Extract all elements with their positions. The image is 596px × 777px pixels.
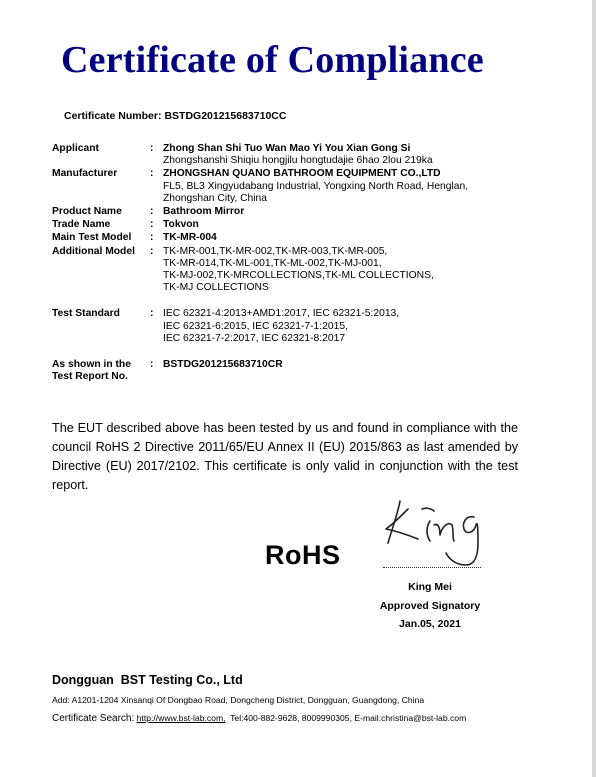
field-colon: : — [150, 206, 153, 218]
field-colon: : — [150, 246, 153, 258]
field-colon: : — [150, 359, 153, 371]
field-colon: : — [150, 168, 153, 180]
field-label: Main Test Model — [52, 232, 148, 244]
certificate-search-label: Certificate Search: — [52, 713, 134, 724]
certificate-fields: Applicant : Zhong Shan Shi Tuo Wan Mao Y… — [52, 143, 552, 383]
field-label: Test Standard — [52, 308, 148, 320]
certificate-number-value: BSTDG201215683710CC — [164, 110, 286, 122]
test-standard-line: IEC 62321-6:2015, IEC 62321-7-1:2015, — [163, 321, 552, 333]
page-edge-strip — [592, 0, 596, 777]
field-label: Trade Name — [52, 219, 148, 231]
test-report-label-line1: As shown in the — [52, 359, 148, 371]
additional-model-line: TK-MR-014,TK-ML-001,TK-ML-002,TK-MJ-001, — [163, 258, 552, 270]
signature-line — [383, 567, 481, 570]
field-applicant: Applicant : Zhong Shan Shi Tuo Wan Mao Y… — [52, 143, 552, 167]
field-additional-model: Additional Model : TK-MR-001,TK-MR-002,T… — [52, 246, 552, 295]
field-product-name: Product Name : Bathroom Mirror — [52, 206, 552, 218]
applicant-name: Zhong Shan Shi Tuo Wan Mao Yi You Xian G… — [163, 143, 552, 155]
test-report-label-line2: Test Report No. — [52, 371, 148, 383]
lab-address: Add: A1201-1204 Xinsanqi Of Dongbao Road… — [52, 695, 424, 705]
applicant-address: Zhongshanshi Shiqiu hongjilu hongtudajie… — [163, 155, 552, 167]
lab-name: Dongguan BST Testing Co., Ltd — [52, 673, 243, 687]
compliance-statement: The EUT described above has been tested … — [52, 419, 518, 495]
certificate-title: Certificate of Compliance — [61, 38, 484, 82]
field-label: Additional Model — [52, 246, 148, 258]
additional-model-line: TK-MJ-002,TK-MRCOLLECTIONS,TK-ML COLLECT… — [163, 270, 552, 282]
trade-name-value: Tokvon — [163, 219, 552, 231]
lab-contact: Certificate Search: http://www.bst-lab.c… — [52, 713, 466, 724]
signatory-title: Approved Signatory — [368, 597, 492, 616]
field-label: As shown in the Test Report No. — [52, 359, 148, 383]
main-test-model-value: TK-MR-004 — [163, 232, 552, 244]
lab-website-link[interactable]: http://www.bst-lab.com, — [137, 713, 226, 723]
field-manufacturer: Manufacturer : ZHONGSHAN QUANO BATHROOM … — [52, 168, 552, 205]
manufacturer-name: ZHONGSHAN QUANO BATHROOM EQUIPMENT CO.,L… — [163, 168, 552, 180]
test-standard-line: IEC 62321-4:2013+AMD1:2017, IEC 62321-5:… — [163, 308, 552, 320]
signatory-name: King Mei — [368, 578, 492, 597]
test-report-value: BSTDG201215683710CR — [163, 359, 552, 371]
signature-icon — [378, 495, 498, 567]
product-name-value: Bathroom Mirror — [163, 206, 552, 218]
field-colon: : — [150, 232, 153, 244]
certificate-number-label: Certificate Number: — [64, 110, 161, 122]
field-colon: : — [150, 308, 153, 320]
additional-model-line: TK-MR-001,TK-MR-002,TK-MR-003,TK-MR-005, — [163, 246, 552, 258]
field-main-test-model: Main Test Model : TK-MR-004 — [52, 232, 552, 244]
field-colon: : — [150, 219, 153, 231]
lab-contact-info: Tel:400-882-9628, 8009990305, E-mail:chr… — [230, 713, 466, 723]
test-standard-line: IEC 62321-7-2:2017, IEC 62321-8:2017 — [163, 333, 552, 345]
signature-date: Jan.05, 2021 — [368, 615, 492, 634]
signatory-block: King Mei Approved Signatory Jan.05, 2021 — [368, 578, 492, 634]
rohs-mark: RoHS — [265, 540, 341, 571]
additional-model-line: TK-MJ COLLECTIONS — [163, 282, 552, 294]
field-colon: : — [150, 143, 153, 155]
field-test-standard: Test Standard : IEC 62321-4:2013+AMD1:20… — [52, 308, 552, 345]
field-trade-name: Trade Name : Tokvon — [52, 219, 552, 231]
manufacturer-address-line2: Zhongshan City, China — [163, 193, 552, 205]
manufacturer-address-line1: FL5, BL3 Xingyudabang Industrial, Yongxi… — [163, 181, 552, 193]
field-label: Applicant — [52, 143, 148, 155]
field-label: Manufacturer — [52, 168, 148, 180]
certificate-number: Certificate Number:BSTDG201215683710CC — [64, 110, 289, 122]
field-test-report: As shown in the Test Report No. : BSTDG2… — [52, 359, 552, 383]
field-label: Product Name — [52, 206, 148, 218]
